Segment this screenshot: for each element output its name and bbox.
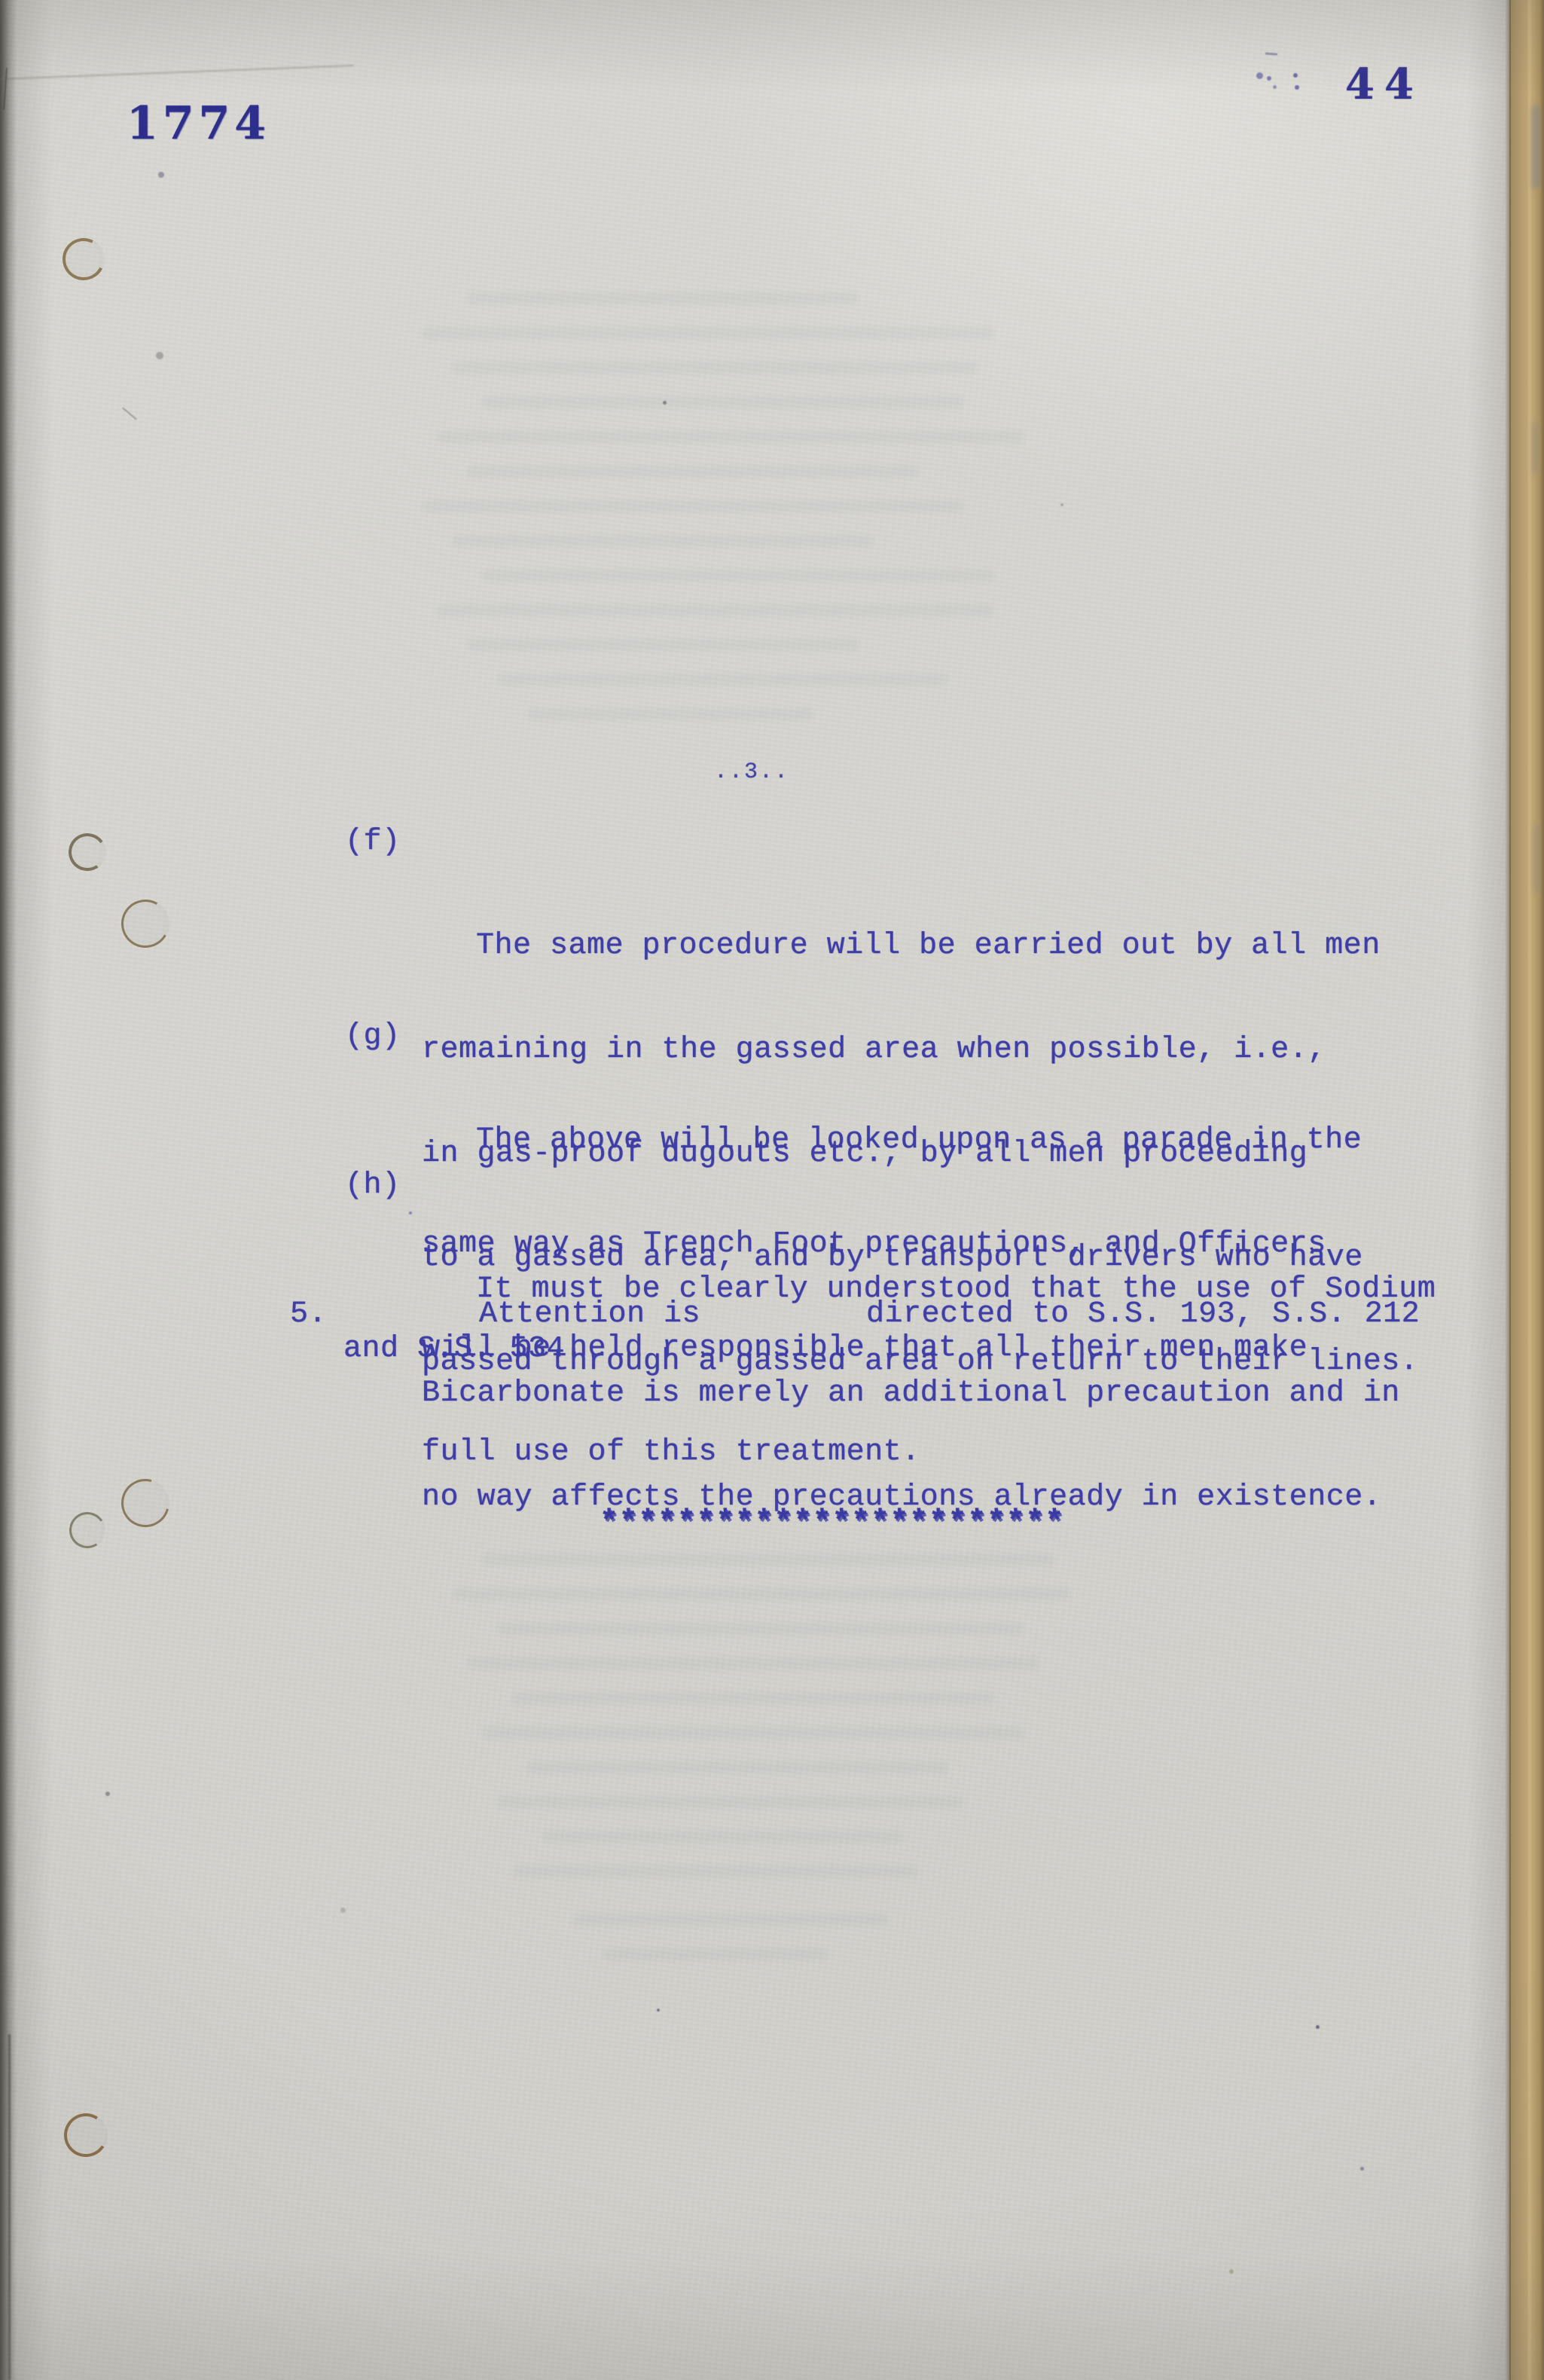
typed-line: and S.S. 534.	[343, 1332, 584, 1367]
paper-speck	[105, 1792, 110, 1796]
bleed-through-ghost-line	[512, 1692, 994, 1704]
bleed-through-ghost-line	[497, 1623, 1024, 1635]
photo-left-edge-line	[8, 2034, 11, 2380]
bleed-through-ghost-line	[482, 1727, 1024, 1739]
bleed-through-ghost-line	[497, 674, 949, 686]
archive-number-stamp: 1774	[127, 101, 270, 146]
hole-punch-mark	[60, 2110, 112, 2162]
typed-segment: Attention is	[479, 1297, 700, 1332]
hole-punch-mark	[116, 894, 175, 953]
bleed-through-ghost-line	[603, 1948, 828, 1960]
paper-scratch	[122, 408, 137, 420]
bleed-through-ghost-line	[467, 639, 859, 651]
bleed-through-ghost-line	[482, 1554, 1054, 1566]
paper-speck	[1316, 2025, 1320, 2029]
bleed-through-ghost-line	[467, 1657, 1039, 1670]
bleed-through-ghost-line	[542, 1831, 904, 1843]
bleed-through-ghost-line	[467, 292, 859, 304]
paper-speck	[663, 401, 667, 405]
edge-ink-smudge	[1532, 105, 1539, 188]
bleed-through-ghost-line	[452, 362, 979, 374]
ink-smudge	[1267, 76, 1271, 81]
bleed-through-ghost-line	[482, 570, 994, 582]
paper-speck	[1360, 2167, 1364, 2171]
paragraph-label: (h)	[345, 1169, 401, 1203]
paper-speck	[1229, 2269, 1234, 2274]
hole-punch-mark	[112, 1470, 178, 1535]
paper-crack	[3, 68, 8, 110]
paper-fold-crease	[0, 65, 354, 80]
typed-line: The same procedure will be earried out b…	[476, 929, 1418, 964]
bleed-through-ghost-line	[422, 500, 964, 512]
page-edge-line	[1505, 0, 1511, 2380]
scanned-document-page: 1774 44 ..3.. (f) The same procedure wil…	[0, 0, 1544, 2380]
paper-speck	[156, 352, 163, 359]
typed-line: The above will be looked upon as a parad…	[476, 1123, 1362, 1158]
paper-speck	[340, 1908, 346, 1913]
bleed-through-ghost-line	[527, 708, 813, 720]
bleed-through-ghost-line	[527, 1761, 949, 1774]
bleed-through-ghost-line	[437, 431, 1024, 443]
paragraph-label: (f)	[345, 825, 401, 860]
ink-smudge	[1273, 85, 1277, 89]
paper-speck	[1060, 503, 1063, 506]
bleed-through-ghost-line	[452, 1588, 1070, 1600]
paragraph-label: (g)	[345, 1019, 401, 1054]
bleed-through-ghost-line	[512, 1865, 919, 1877]
hole-punch-mark	[66, 830, 109, 874]
edge-ink-smudge	[1532, 422, 1538, 475]
bleed-through-ghost-line	[437, 604, 994, 616]
ink-smudge	[1293, 73, 1298, 78]
ink-smudge	[1256, 72, 1263, 79]
bleed-through-ghost-line	[497, 1796, 964, 1808]
paper-speck	[657, 2009, 660, 2012]
hole-punch-mark	[57, 233, 111, 286]
page-edge-shadow	[1467, 0, 1509, 2380]
paragraph-label: 5.	[290, 1297, 327, 1332]
paper-speck	[158, 172, 164, 178]
folio-number-stamp: 44	[1345, 63, 1423, 105]
typed-segment: directed to S.S. 193, S.S. 212	[866, 1297, 1420, 1332]
page-edge-highlight	[1528, 0, 1530, 2380]
paragraph-5: 5. Attention is directed to S.S. 193, S.…	[290, 1297, 364, 1505]
ink-smudge	[1265, 52, 1277, 55]
typed-line: Bicarbonate is merely an additional prec…	[422, 1376, 1436, 1411]
ink-smudge	[1295, 85, 1299, 90]
under-page-edge	[1509, 0, 1544, 2380]
bleed-through-ghost-line	[467, 466, 919, 478]
page-number: ..3..	[714, 759, 789, 785]
asterisk-separator-overstrike: ************************	[601, 1508, 1066, 1542]
photo-left-edge	[0, 0, 17, 2380]
hole-punch-mark	[66, 1509, 109, 1552]
edge-ink-smudge	[1533, 825, 1540, 893]
bleed-through-ghost-line	[482, 396, 964, 408]
paper-speck	[409, 1211, 412, 1214]
bleed-through-ghost-line	[572, 1914, 889, 1926]
bleed-through-ghost-line	[452, 535, 874, 547]
bleed-through-ghost-line	[422, 327, 994, 339]
